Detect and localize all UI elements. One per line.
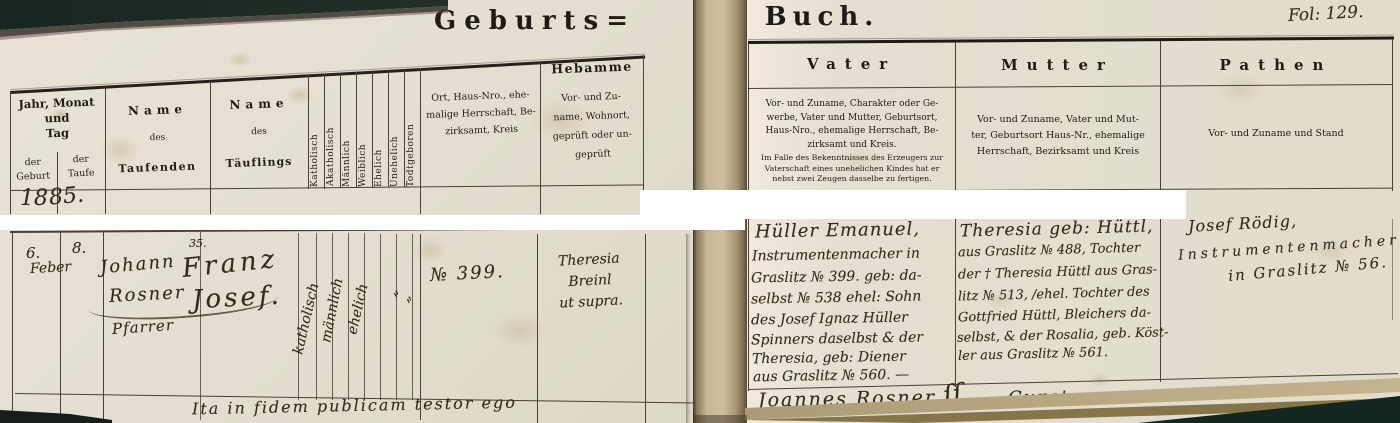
col-akatholisch-label: Akatholisch: [326, 100, 336, 186]
father-line: selbst № 538 ehel: Sohn: [751, 289, 922, 308]
col-godparents-header: Pathen: [1160, 56, 1392, 74]
entry-house-number: № 399.: [430, 261, 506, 286]
father-line: Graslitz № 399. geb: da-: [751, 268, 922, 287]
table-line: [316, 233, 317, 400]
col-mother-desc: Vor- und Zuname, Vater und Mut- ter, Geb…: [958, 112, 1158, 160]
col-midwife-desc: Vor- und Zu- name, Wohnort, geprüft oder…: [541, 86, 644, 165]
col-date-sub-birth: der Geburt: [10, 155, 57, 185]
splice-band-left: [0, 215, 745, 230]
table-line: [1392, 39, 1393, 191]
table-line: [420, 234, 421, 420]
entry-year: 85.: [48, 183, 85, 211]
table-line: [356, 72, 357, 188]
child-second-name: Josef.: [191, 281, 282, 316]
table-line: [396, 234, 397, 400]
table-line: [380, 234, 381, 400]
table-line: [12, 232, 13, 423]
col-mother-header: Mutter: [955, 56, 1160, 74]
table-line: [340, 73, 341, 188]
entry-month: Feber: [30, 259, 72, 277]
entry-midwife: Theresia Breinl ut supra.: [540, 248, 639, 316]
table-line: [308, 75, 309, 189]
col-place-header: Ort, Haus-Nro., ehe- malige Herrschaft, …: [421, 86, 541, 141]
gutter-bottom-shadow: [693, 415, 747, 423]
table-line: [1160, 219, 1161, 382]
table-line: [404, 69, 405, 187]
table-line: [412, 234, 413, 400]
table-line: [540, 61, 541, 214]
col-ehelich-label: Ehelich: [374, 118, 384, 187]
col-todtgeboren-label: Todtgeboren: [406, 98, 416, 187]
father-line: Theresia, geb: Diener: [752, 349, 906, 368]
father-line: Hüller Emanuel,: [755, 219, 920, 243]
col-maennlich-label: Männlich: [342, 110, 352, 187]
col-katholisch-label: Katholisch: [310, 105, 320, 187]
entry-birth-day: 6.: [26, 244, 40, 262]
father-line: Instrumentenmacher in: [752, 246, 920, 265]
table-line: [388, 70, 389, 187]
col-father-desc: Vor- und Zuname, Charakter oder Ge- werb…: [752, 98, 952, 152]
table-line: [955, 219, 956, 387]
father-line: Spinners daselbst & der: [751, 330, 923, 349]
entry-year-prefix: 18: [20, 186, 48, 211]
entry-baptism-day: 8.: [72, 239, 86, 257]
page-fold-shadow: [686, 234, 690, 423]
table-line: [645, 234, 646, 423]
table-line: [748, 219, 749, 391]
col-unehelich-label: Unehelich: [390, 108, 400, 187]
folio-number: Fol: 129.: [1288, 2, 1364, 26]
table-line: [537, 234, 538, 423]
col-father-header: Vater: [748, 55, 955, 73]
col-weiblich-label: Weiblich: [358, 114, 368, 187]
page-title-right: Buch.: [752, 2, 892, 32]
splice-band-right: [640, 190, 1186, 219]
table-line: [324, 74, 325, 189]
birth-register-book-scan: Geburts= Jahr, Monat und Tag der Geburt …: [0, 0, 1400, 423]
col-godparents-desc: Vor- und Zuname und Stand: [1168, 128, 1384, 139]
father-line: aus Graslitz № 560. —: [753, 367, 909, 386]
table-line: [372, 71, 373, 188]
col-father-note: Im Falle des Bekenntnisses des Erzeugers…: [750, 153, 954, 185]
col-date-header: Jahr, Monat und Tag: [11, 94, 103, 142]
father-line: des Josef Ignaz Hüller: [751, 310, 908, 329]
entry-record-number: 35.: [189, 237, 207, 250]
col-date-sub-baptism: der Taufe: [58, 152, 105, 182]
